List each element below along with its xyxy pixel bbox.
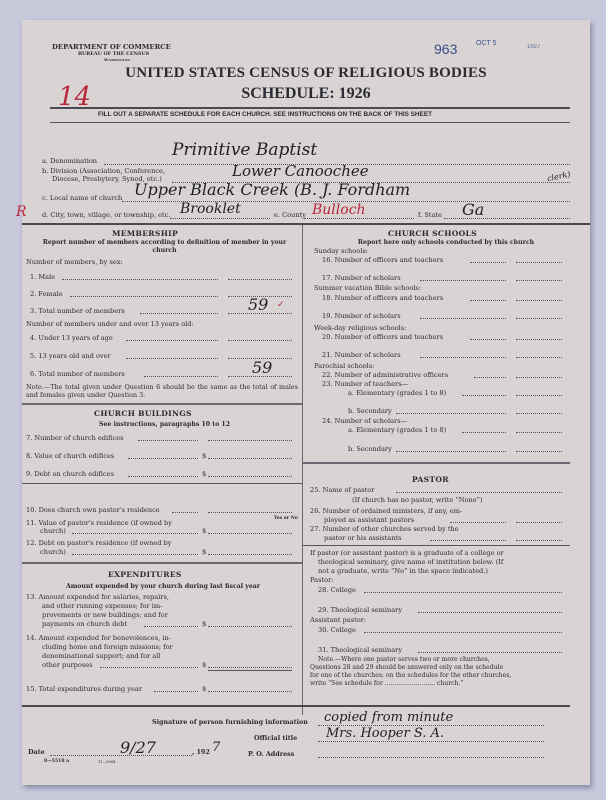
q16-leader	[470, 262, 506, 263]
q12-label-2: church)	[40, 548, 66, 556]
column-divider	[302, 225, 303, 715]
membership-heading: MEMBERSHIP	[112, 229, 178, 238]
q13-line-1: 13. Amount expended for salaries, repair…	[26, 593, 169, 601]
q21-leader	[420, 357, 506, 358]
q23a-label: a. Elementary (grades 1 to 8)	[348, 389, 446, 397]
q13-dollar: $	[202, 620, 206, 628]
q7-leader	[138, 440, 198, 441]
q8-dollar: $	[202, 452, 206, 460]
q8-field[interactable]	[208, 458, 292, 459]
denomination-value[interactable]: Primitive Baptist	[172, 140, 317, 160]
schedule-title: SCHEDULE: 1926	[22, 85, 590, 103]
county-value[interactable]: Bulloch	[312, 202, 366, 218]
church-name-value[interactable]: Upper Black Creek (B. J. Fordham	[134, 180, 410, 199]
instruction-banner: FILL OUT A SEPARATE SCHEDULE FOR EACH CH…	[98, 111, 432, 118]
q3-check-mark: ✓	[277, 300, 285, 310]
po-address-field[interactable]	[318, 757, 544, 758]
q19-field[interactable]	[516, 318, 562, 319]
q24a-leader	[462, 432, 506, 433]
title-rule	[50, 107, 570, 109]
q26-field[interactable]	[516, 522, 562, 523]
official-title-value[interactable]: Mrs. Hooper S. A.	[326, 726, 444, 741]
q23b-label: b. Secondary	[348, 407, 392, 415]
q19-label: 19. Number of scholars	[322, 312, 401, 320]
q14-leader	[100, 667, 198, 668]
q14-field[interactable]	[208, 667, 292, 668]
buildings-bottom-rule	[22, 562, 302, 564]
q23a-leader	[462, 395, 506, 396]
buildings-rule	[22, 483, 302, 484]
q3-total-label: 3. Total number of members	[30, 307, 125, 315]
q19-leader	[420, 318, 506, 319]
q31-label: 31. Theological seminary	[318, 646, 402, 654]
q30-field[interactable]	[364, 632, 562, 633]
q15-dollar: $	[202, 685, 206, 693]
q23b-leader	[396, 413, 506, 414]
instruction-rule	[50, 122, 570, 123]
schools-heading: CHURCH SCHOOLS	[388, 229, 477, 238]
q27-leader	[430, 540, 506, 541]
q14-line-1: 14. Amount expended for benevolences, in…	[26, 634, 171, 642]
q5-over13-label: 5. 13 years old and over	[30, 352, 111, 360]
pastor-note-2: Questions 28 and 29 should be answered o…	[310, 664, 503, 671]
graduate-note-2: theological seminary, give name of insti…	[318, 558, 503, 566]
q24a-label: a. Elementary (grades 1 to 8)	[348, 426, 446, 434]
po-address-label: P. O. Address	[248, 750, 294, 758]
q29-field[interactable]	[418, 612, 562, 613]
q17-label: 17. Number of scholars	[322, 274, 401, 282]
q27-field[interactable]	[516, 540, 562, 541]
church-name-label: c. Local name of church	[42, 194, 122, 202]
q27-line-2: pastor or his assistants	[324, 534, 402, 542]
q21-label: 21. Number of scholars	[322, 351, 401, 359]
q12-label: 12. Debt on pastor's residence (if owned…	[26, 539, 172, 547]
q24b-field[interactable]	[516, 451, 562, 452]
q23-label: 23. Number of teachers—	[322, 380, 408, 388]
state-value[interactable]: Ga	[462, 200, 484, 219]
q24b-leader	[396, 451, 506, 452]
q25-field[interactable]	[396, 492, 562, 493]
identification-rule	[22, 223, 590, 225]
q26-line-1: 26. Number of ordained ministers, if any…	[310, 507, 462, 515]
official-title-field-line	[318, 741, 544, 742]
q11-label-2: church)	[40, 527, 66, 535]
city-label: d. City, town, village, or township, etc…	[42, 211, 170, 219]
schools-rule	[302, 462, 570, 464]
summer-schools-label: Summer vacation Bible schools:	[314, 284, 421, 292]
q22-leader	[474, 377, 506, 378]
graduate-note-3: not a graduate, write “No” in the space …	[318, 567, 488, 575]
q9-dollar: $	[202, 470, 206, 478]
q2-leader	[70, 296, 218, 297]
q28-field[interactable]	[364, 592, 562, 593]
margin-check-mark: R	[16, 204, 27, 220]
q1-leader	[62, 279, 218, 280]
q10-hint: Yes or No	[274, 516, 298, 521]
q6-total-label: 6. Total number of members	[30, 370, 125, 378]
q29-label: 29. Theological seminary	[318, 606, 402, 614]
q22-label: 22. Number of administrative officers	[322, 371, 448, 379]
sunday-schools-label: Sunday schools:	[314, 247, 368, 255]
pastor-note-1: Note.—Where one pastor serves two or mor…	[318, 656, 490, 663]
denomination-label: a. Denomination	[42, 157, 97, 165]
county-field-line	[304, 218, 414, 219]
q13-leader	[144, 626, 198, 627]
q16-field[interactable]	[516, 262, 562, 263]
city-value[interactable]: Brooklet	[180, 201, 241, 217]
buildings-subheading: See instructions, paragraphs 10 to 12	[32, 421, 297, 428]
q10-label: 10. Does church own pastor's residence	[26, 506, 160, 514]
department-label: DEPARTMENT OF COMMERCE	[52, 43, 171, 51]
county-label: e. County	[274, 211, 306, 219]
city-field-line	[170, 218, 270, 219]
q24-label: 24. Number of scholars—	[322, 417, 407, 425]
q23b-field[interactable]	[516, 413, 562, 414]
parochial-schools-label: Parochial schools:	[314, 362, 374, 370]
q11-field[interactable]	[208, 533, 292, 534]
date-year-suffix[interactable]: 7	[212, 740, 220, 755]
q10-field[interactable]	[208, 512, 292, 513]
q28-label: 28. College	[318, 586, 356, 594]
stamp-number: 963	[434, 41, 457, 57]
q26-leader	[450, 522, 506, 523]
weekday-schools-label: Week-day religious schools:	[314, 324, 406, 332]
census-schedule-page: DEPARTMENT OF COMMERCE BUREAU OF THE CEN…	[22, 20, 590, 785]
q14-line-2: cluding home and foreign missions; for	[42, 643, 173, 651]
q15-label: 15. Total expenditures during year	[26, 685, 142, 693]
q8-leader	[128, 458, 198, 459]
buildings-heading: CHURCH BUILDINGS	[94, 409, 192, 418]
date-value[interactable]: 9/27	[120, 738, 156, 757]
q22-field[interactable]	[516, 377, 562, 378]
q2-female-label: 2. Female	[30, 290, 63, 298]
form-title: UNITED STATES CENSUS OF RELIGIOUS BODIES	[22, 65, 590, 82]
q13-field[interactable]	[208, 626, 292, 627]
pastor-note-3: for one of the churches; on the schedule…	[310, 672, 511, 679]
q10-leader	[172, 512, 198, 513]
q11-leader	[72, 533, 198, 534]
q15-field[interactable]	[208, 691, 292, 692]
q25-hint: (If church has no pastor, write “None”)	[352, 496, 483, 504]
q24a-field[interactable]	[516, 432, 562, 433]
q6-total-value[interactable]: 59	[252, 358, 272, 377]
q21-field[interactable]	[516, 357, 562, 358]
stamp-date: OCT 5	[476, 40, 497, 47]
q31-field[interactable]	[418, 652, 562, 653]
q23a-field[interactable]	[516, 395, 562, 396]
q14-dollar: $	[202, 661, 206, 669]
q12-dollar: $	[202, 548, 206, 556]
q27-line-1: 27. Number of other churches served by t…	[310, 525, 459, 533]
official-title-label: Official title	[254, 734, 297, 742]
q15-leader	[154, 691, 198, 692]
q3-total-value[interactable]: 59	[248, 295, 268, 314]
q20-label: 20. Number of officers and teachers	[322, 333, 443, 341]
membership-note: Note.—The total given under Question 6 s…	[26, 383, 298, 399]
q7-label: 7. Number of church edifices	[26, 434, 124, 442]
q18-field[interactable]	[516, 300, 562, 301]
pastor-subheading: Pastor:	[310, 576, 333, 584]
q6-leader	[144, 376, 218, 377]
q7-field[interactable]	[208, 440, 292, 441]
q12-leader	[72, 554, 198, 555]
q13-line-2: and other running expenses; for im-	[42, 602, 162, 610]
q13-line-4: payments on church debt	[42, 620, 127, 628]
pastor-heading: PASTOR	[412, 475, 449, 484]
q8-label: 8. Value of church edifices	[26, 452, 114, 460]
state-label: f. State	[418, 211, 442, 219]
q9-field[interactable]	[208, 476, 292, 477]
q18-leader	[470, 300, 506, 301]
division-value[interactable]: Lower Canoochee	[232, 162, 369, 180]
expenditures-subheading: Amount expended by your church during la…	[28, 583, 298, 590]
q11-label: 11. Value of pastor's residence (if owne…	[26, 519, 172, 527]
q1-male-label: 1. Male	[30, 273, 55, 281]
q14-underline	[208, 670, 292, 671]
pastor-rule	[302, 545, 570, 546]
form-code: 8—5518 a	[44, 759, 69, 764]
expenditures-heading: EXPENDITURES	[108, 570, 182, 579]
members-by-sex-label: Number of members, by sex:	[26, 258, 123, 266]
q4-leader	[126, 340, 218, 341]
q9-leader	[128, 476, 198, 477]
schools-subheading: Report here only schools conducted by th…	[306, 239, 586, 246]
q1-male-field[interactable]	[228, 279, 292, 280]
membership-subheading: Report number of members according to de…	[32, 239, 297, 255]
division-label: b. Division (Association, Conference,	[42, 167, 165, 175]
q17-field[interactable]	[516, 280, 562, 281]
q14-line-3: denominational support; and for all	[42, 652, 160, 660]
q13-line-3: provements or new buildings; and for	[42, 611, 168, 619]
q26-line-2: ployed as assistant pastors	[324, 516, 414, 524]
membership-rule	[22, 403, 302, 405]
date-year-prefix: , 192	[192, 748, 210, 756]
assistant-pastor-subheading: Assistant pastor:	[310, 616, 366, 624]
date-label: Date	[28, 748, 45, 756]
q14-line-4: other purposes	[42, 661, 93, 669]
q30-label: 30. College	[318, 626, 356, 634]
city-label: Washington	[104, 57, 130, 62]
signature-label: Signature of person furnishing informati…	[152, 718, 308, 726]
members-by-age-label: Number of members under and over 13 year…	[26, 320, 194, 328]
q12-field[interactable]	[208, 554, 292, 555]
q17-leader	[420, 280, 506, 281]
q4-under13-field[interactable]	[228, 340, 292, 341]
q4-under13-label: 4. Under 13 years of age	[30, 334, 113, 342]
q24b-label: b. Secondary	[348, 445, 392, 453]
body-bottom-rule	[22, 705, 570, 707]
pastor-note-4: write “See schedule for ................…	[310, 680, 464, 687]
signature-value[interactable]: copied from minute	[324, 710, 453, 725]
q18-label: 18. Number of officers and teachers	[322, 294, 443, 302]
q16-label: 16. Number of officers and teachers	[322, 256, 443, 264]
q5-leader	[126, 358, 218, 359]
q20-field[interactable]	[516, 339, 562, 340]
q25-label: 25. Name of pastor	[310, 486, 374, 494]
q11-dollar: $	[202, 527, 206, 535]
graduate-note-1: If pastor (or assistant pastor) is a gra…	[310, 549, 504, 557]
q20-leader	[470, 339, 506, 340]
stamp-year: 1927	[527, 44, 540, 50]
q3-leader	[140, 313, 218, 314]
q9-label: 9. Debt on church edifices	[26, 470, 114, 478]
print-code: 11—9064	[98, 760, 115, 764]
